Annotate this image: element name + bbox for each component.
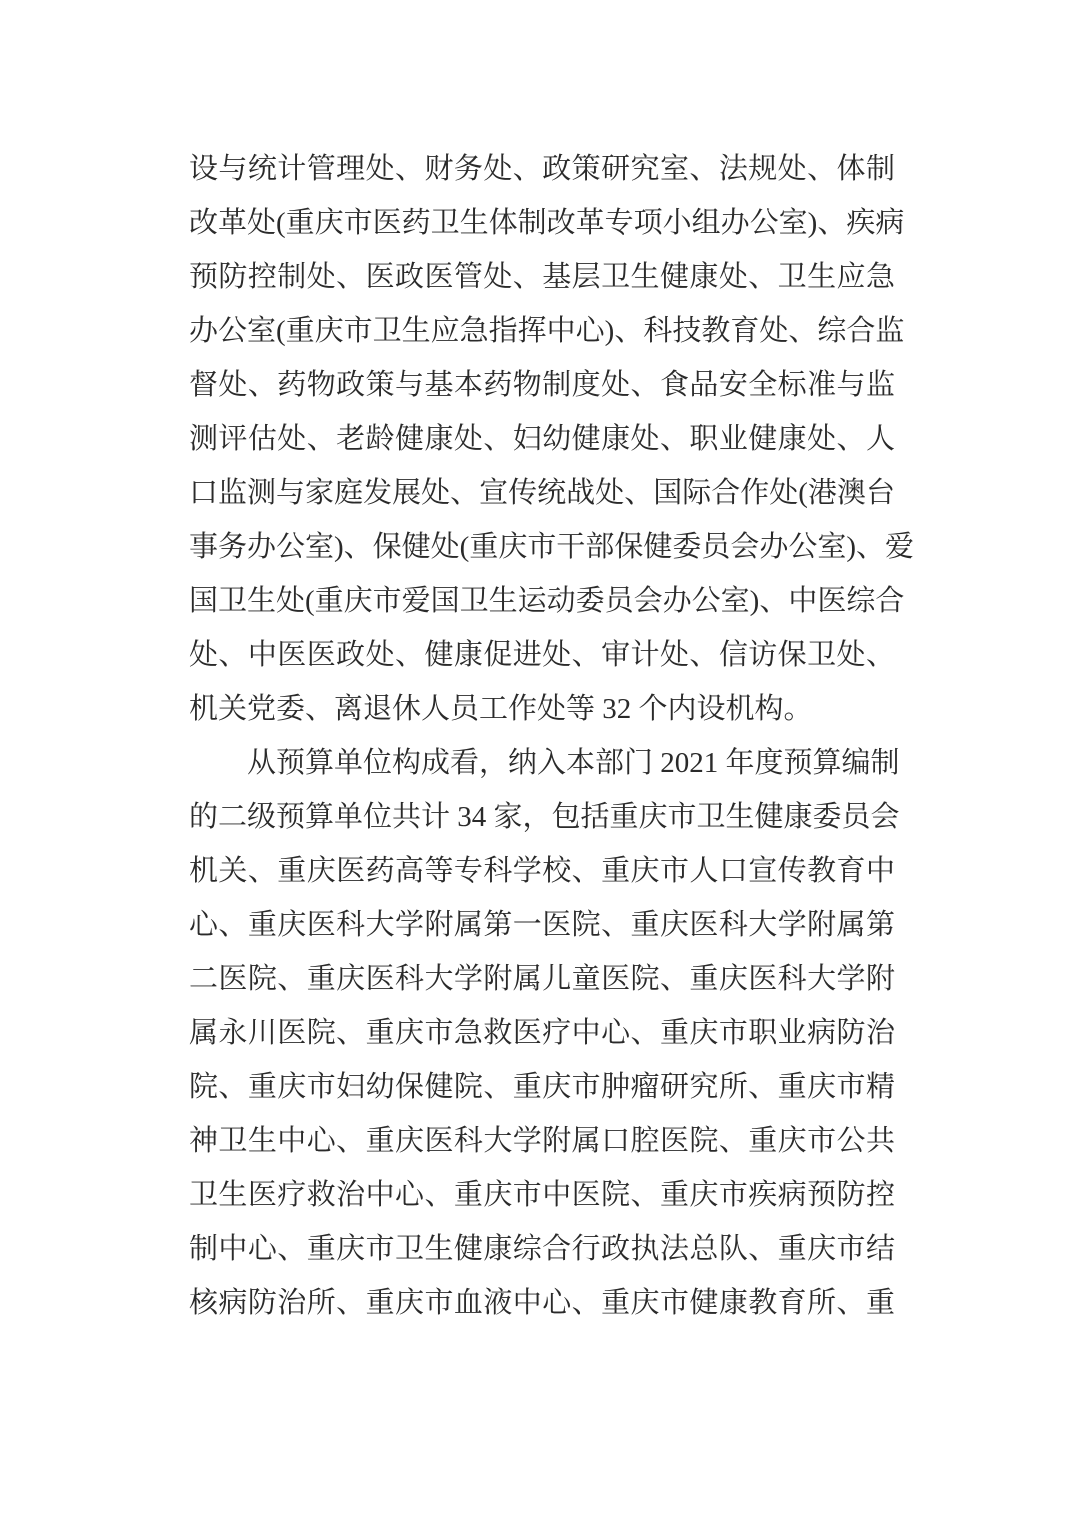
text-line: 院、重庆市妇幼保健院、重庆市肿瘤研究所、重庆市精 [189, 1060, 895, 1114]
text-line: 机关、重庆医药高等专科学校、重庆市人口宣传教育中 [189, 844, 895, 898]
text-line: 口监测与家庭发展处、宣传统战处、国际合作处(港澳台 [189, 466, 895, 520]
text-line: 卫生医疗救治中心、重庆市中医院、重庆市疾病预防控 [189, 1168, 895, 1222]
text-block: 设与统计管理处、财务处、政策研究室、法规处、体制 改革处(重庆市医药卫生体制改革… [189, 142, 895, 1330]
text-line: 国卫生处(重庆市爱国卫生运动委员会办公室)、中医综合 [189, 574, 895, 628]
text-line: 神卫生中心、重庆医科大学附属口腔医院、重庆市公共 [189, 1114, 895, 1168]
text-line: 督处、药物政策与基本药物制度处、食品安全标准与监 [189, 358, 895, 412]
text-line: 从预算单位构成看，纳入本部门 2021 年度预算编制 [189, 736, 895, 790]
text-line: 属永川医院、重庆市急救医疗中心、重庆市职业病防治 [189, 1006, 895, 1060]
text-line: 机关党委、离退休人员工作处等 32 个内设机构。 [189, 682, 895, 736]
text-line: 设与统计管理处、财务处、政策研究室、法规处、体制 [189, 142, 895, 196]
text-line: 处、中医医政处、健康促进处、审计处、信访保卫处、 [189, 628, 895, 682]
text-line: 事务办公室)、保健处(重庆市干部保健委员会办公室)、爱 [189, 520, 895, 574]
text-line: 测评估处、老龄健康处、妇幼健康处、职业健康处、人 [189, 412, 895, 466]
text-line: 的二级预算单位共计 34 家，包括重庆市卫生健康委员会 [189, 790, 895, 844]
text-line: 办公室(重庆市卫生应急指挥中心)、科技教育处、综合监 [189, 304, 895, 358]
document-page: 设与统计管理处、财务处、政策研究室、法规处、体制 改革处(重庆市医药卫生体制改革… [0, 0, 1074, 1520]
text-line: 制中心、重庆市卫生健康综合行政执法总队、重庆市结 [189, 1222, 895, 1276]
paragraph-internal-departments: 设与统计管理处、财务处、政策研究室、法规处、体制 改革处(重庆市医药卫生体制改革… [189, 142, 895, 736]
text-line: 心、重庆医科大学附属第一医院、重庆医科大学附属第 [189, 898, 895, 952]
text-line: 二医院、重庆医科大学附属儿童医院、重庆医科大学附 [189, 952, 895, 1006]
text-line: 改革处(重庆市医药卫生体制改革专项小组办公室)、疾病 [189, 196, 895, 250]
paragraph-budget-units: 从预算单位构成看，纳入本部门 2021 年度预算编制 的二级预算单位共计 34 … [189, 736, 895, 1330]
text-line: 核病防治所、重庆市血液中心、重庆市健康教育所、重 [189, 1276, 895, 1330]
text-line: 预防控制处、医政医管处、基层卫生健康处、卫生应急 [189, 250, 895, 304]
